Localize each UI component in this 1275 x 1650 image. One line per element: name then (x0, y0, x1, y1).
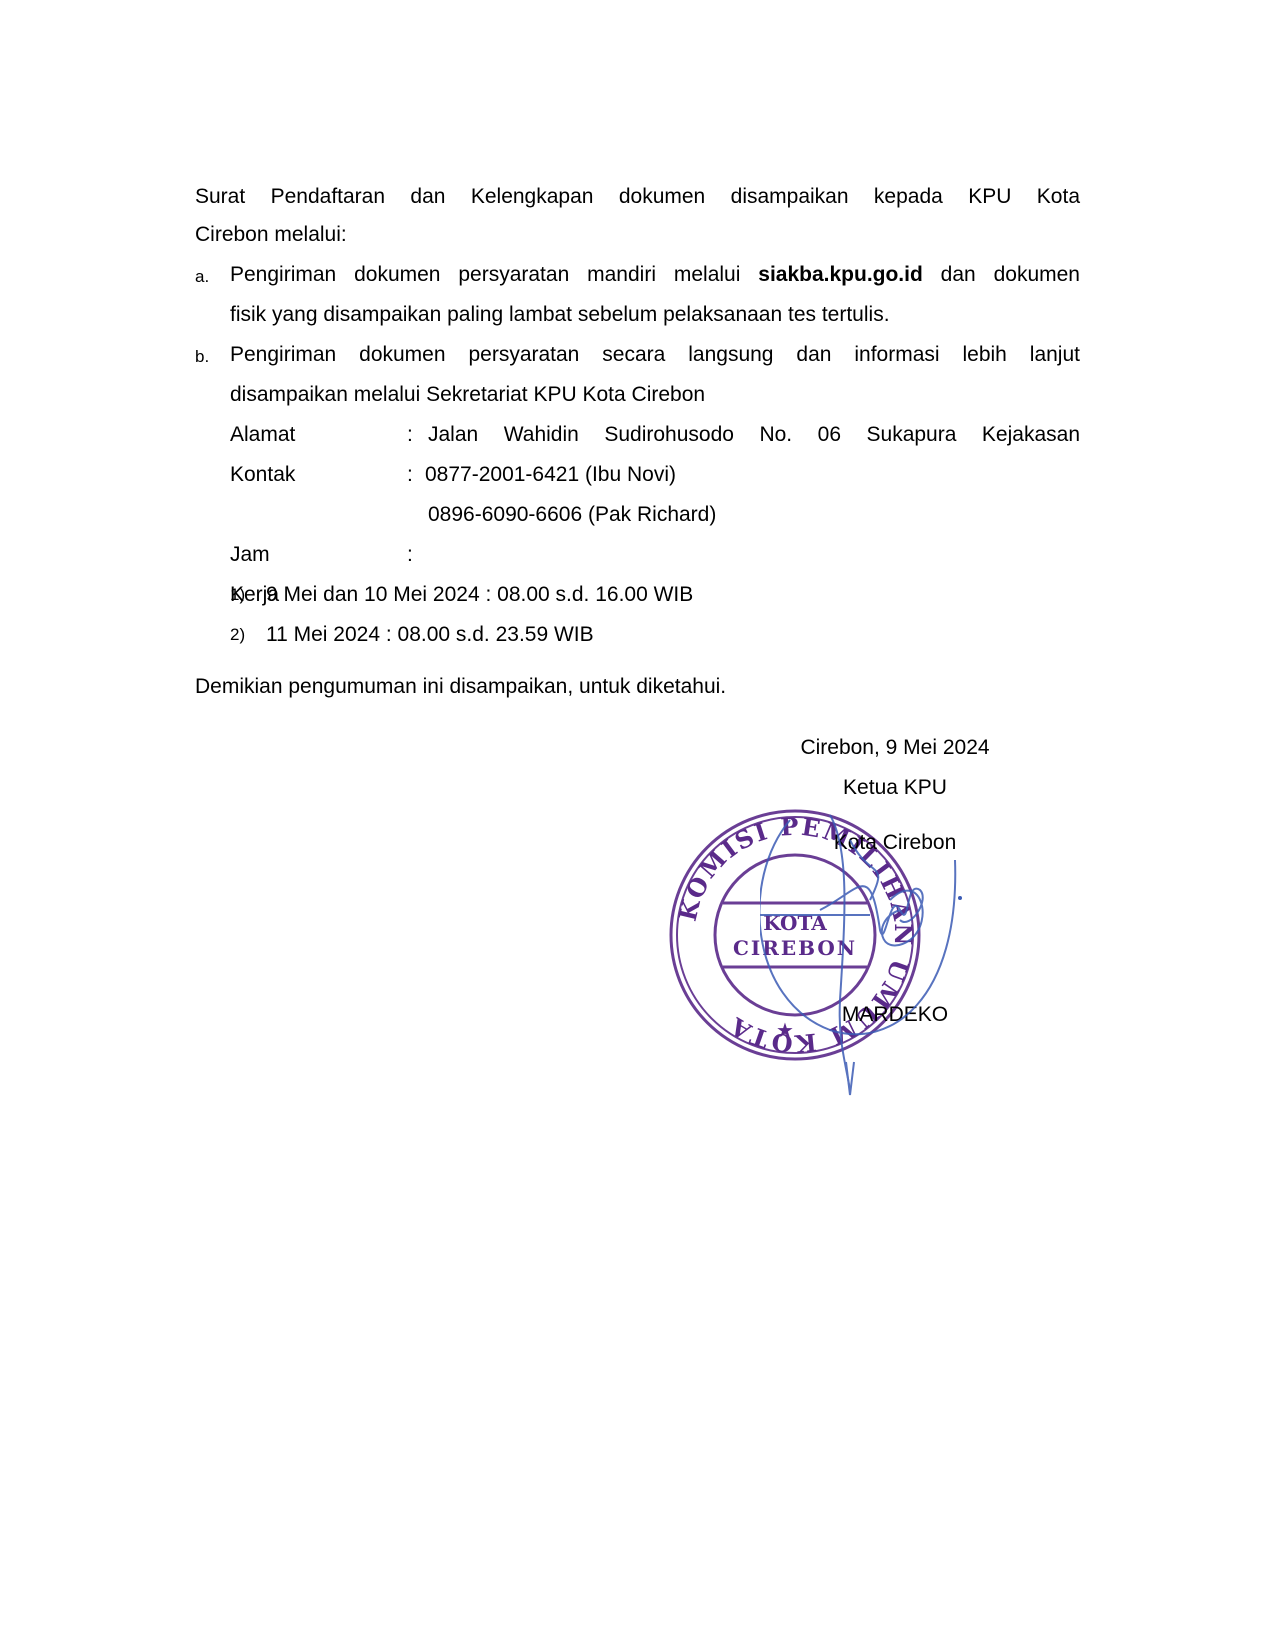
text: dan dokumen (923, 263, 1080, 286)
list-marker: b. (195, 337, 209, 377)
signature-place-date: Cirebon, 9 Mei 2024 (760, 728, 1030, 768)
text: Pengiriman dokumen persyaratan mandiri m… (230, 263, 758, 286)
list-marker: a. (195, 257, 209, 297)
document-page: Surat Pendaftaran dan Kelengkapan dokume… (0, 0, 1275, 1650)
list-item-a-line-1: Pengiriman dokumen persyaratan mandiri m… (230, 255, 1080, 295)
list-item-a-line-2: fisik yang disampaikan paling lambat seb… (230, 295, 1080, 335)
schedule-text: 11 Mei 2024 : 08.00 s.d. 23.59 WIB (266, 615, 594, 655)
colon: : (407, 415, 413, 455)
siakba-link[interactable]: siakba.kpu.go.id (758, 263, 923, 286)
colon: : (407, 455, 413, 495)
colon: : (407, 535, 413, 575)
contact-value-1: 0877-2001-6421 (Ibu Novi) (425, 455, 676, 495)
address-value: Jalan Wahidin Sudirohusodo No. 06 Sukapu… (428, 415, 1080, 455)
schedule-text: 9 Mei dan 10 Mei 2024 : 08.00 s.d. 16.00… (266, 575, 693, 615)
list-item-b-line-2: disampaikan melalui Sekretariat KPU Kota… (230, 375, 1080, 415)
schedule-number: 2) (230, 615, 245, 655)
contact-value-2: 0896-6090-6606 (Pak Richard) (428, 495, 716, 535)
intro-line-2: Cirebon melalui: (195, 215, 1080, 255)
intro-line-1: Surat Pendaftaran dan Kelengkapan dokume… (195, 177, 1080, 217)
contact-label: Kontak (230, 455, 295, 495)
handwritten-signature-icon (760, 800, 1020, 1100)
schedule-number: 1) (230, 575, 245, 615)
address-label: Alamat (230, 415, 295, 455)
closing-sentence: Demikian pengumuman ini disampaikan, unt… (195, 667, 726, 707)
list-item-b-line-1: Pengiriman dokumen persyaratan secara la… (230, 335, 1080, 375)
